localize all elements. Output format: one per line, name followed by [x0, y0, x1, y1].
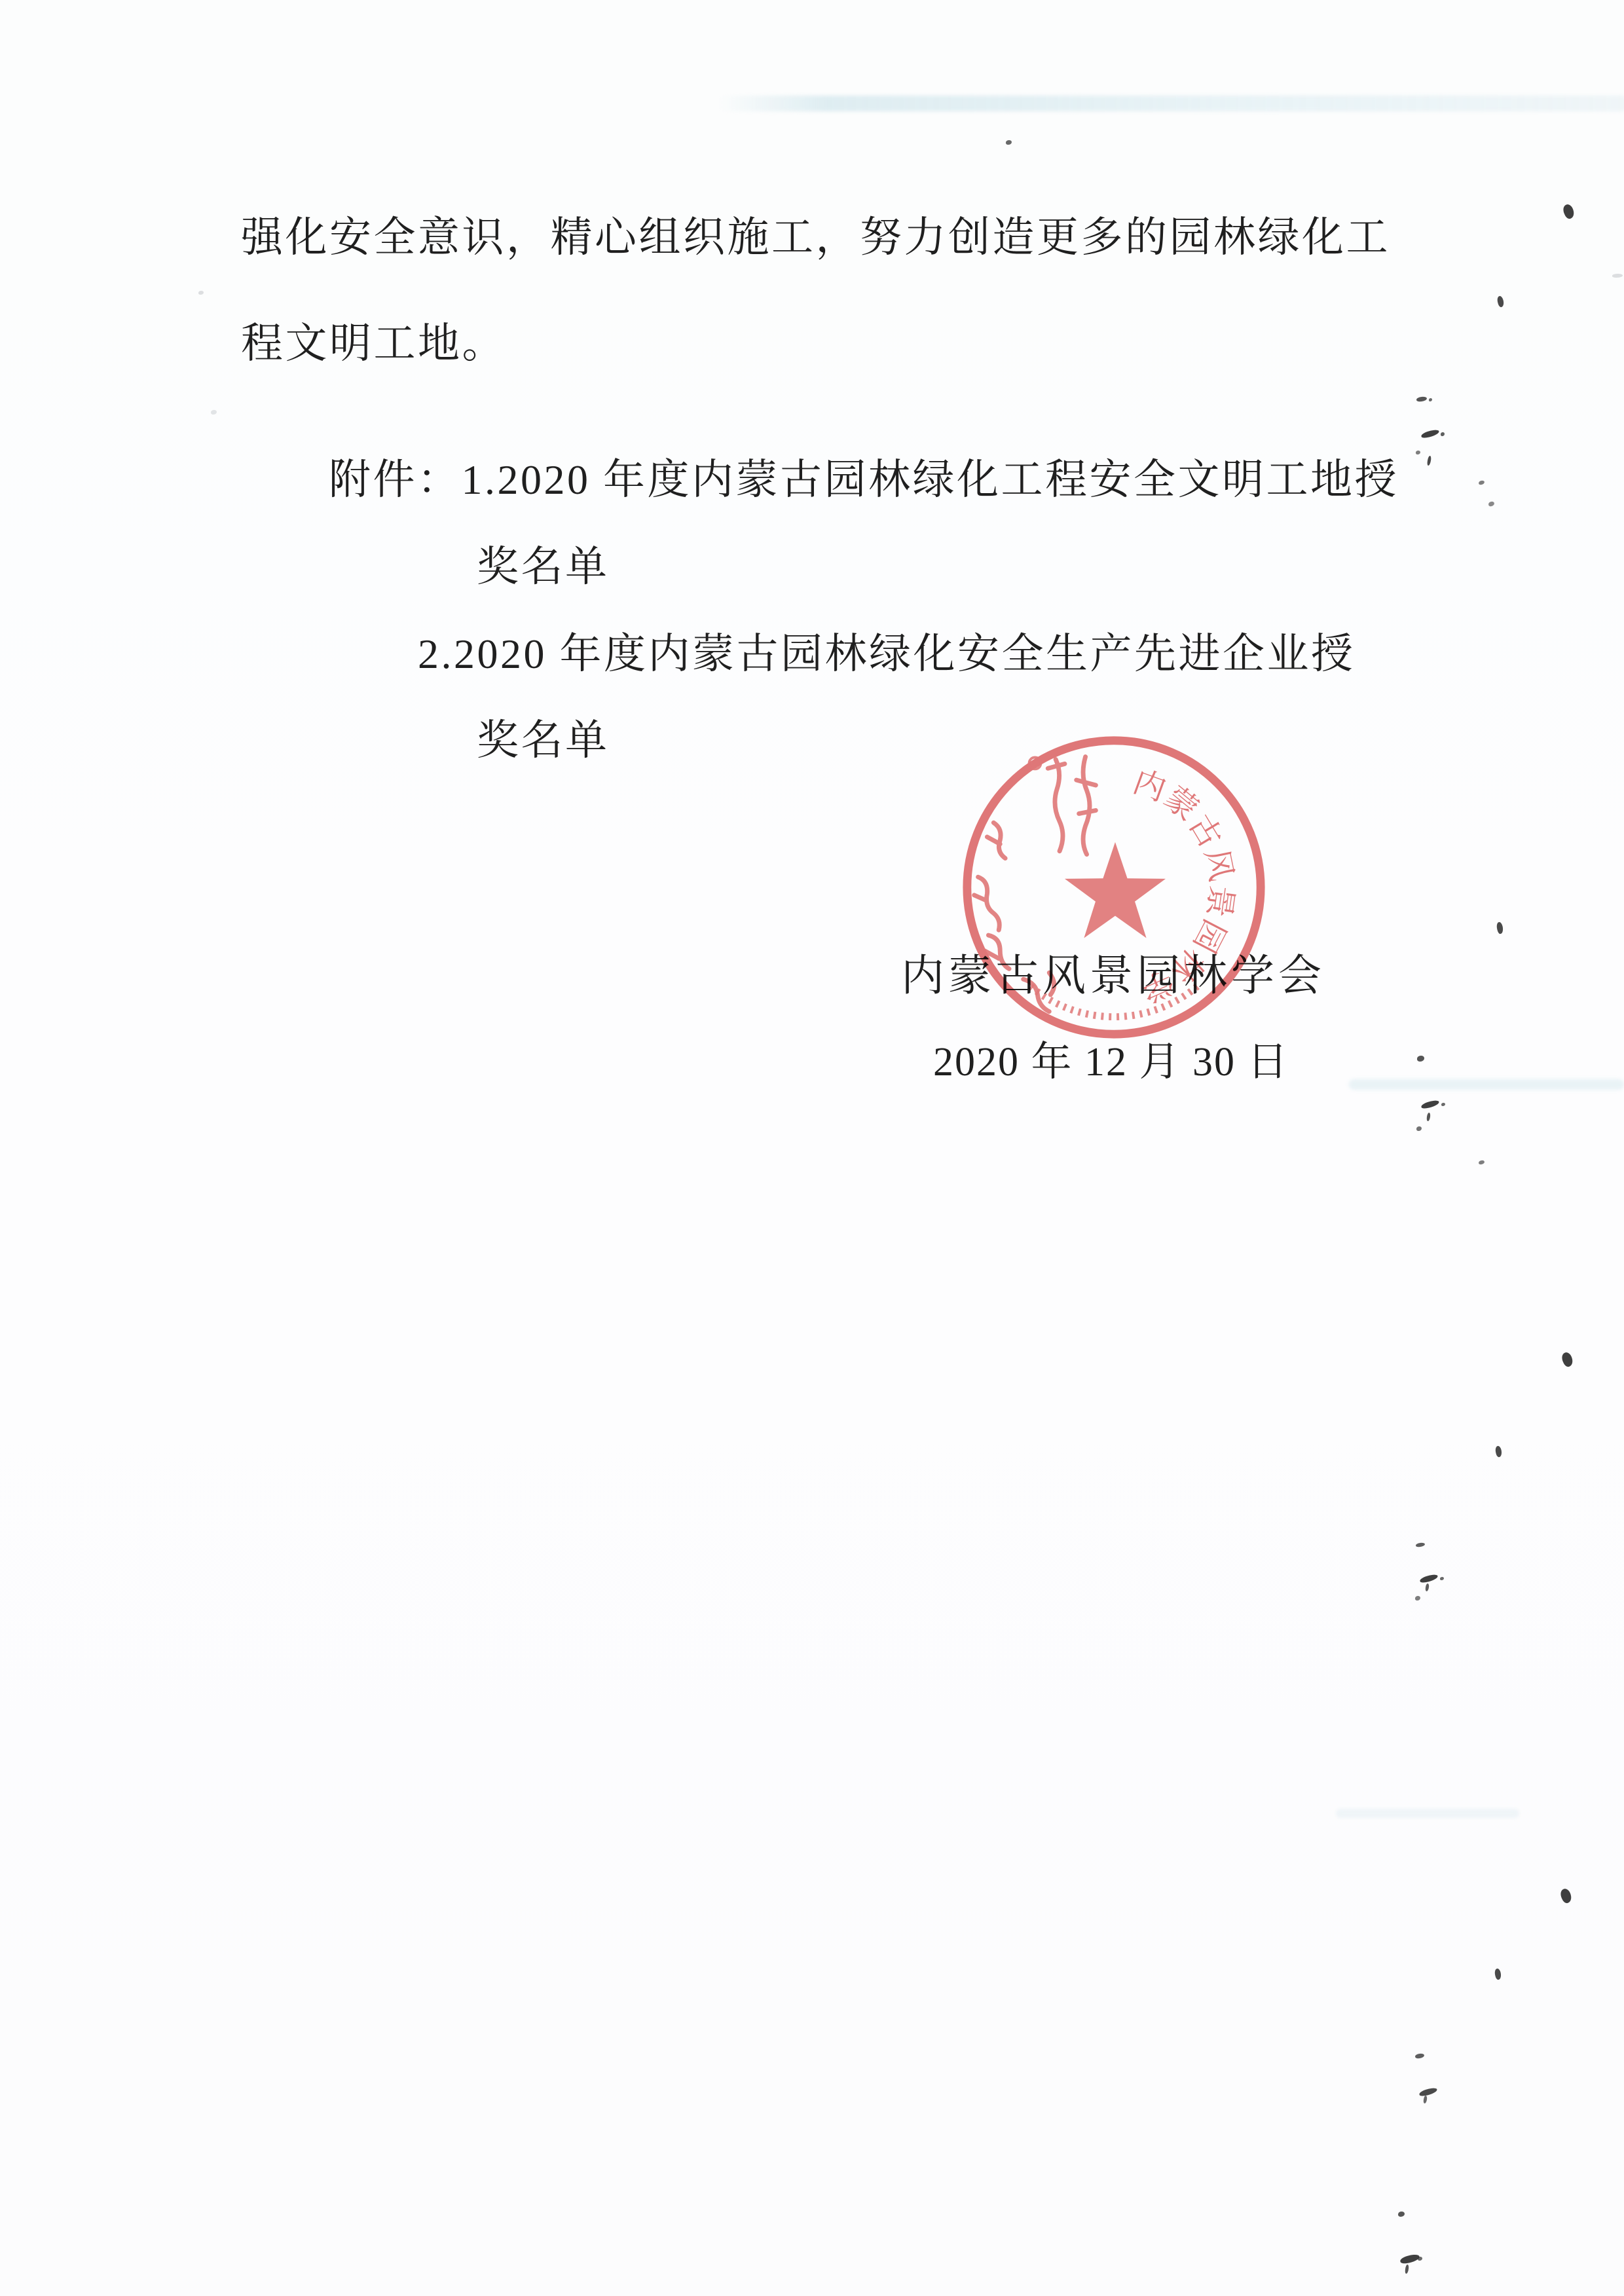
document-page: 强化安全意识，精心组织施工，努力创造更多的园林绿化工 程文明工地。 附件：1.2… [0, 0, 1624, 2296]
scan-speck [1427, 456, 1431, 466]
signature-date: 2020 年 12 月 30 日 [933, 1040, 1289, 1084]
scan-speck [1441, 432, 1445, 436]
scan-band [1336, 1809, 1519, 1818]
scan-speck [1429, 398, 1432, 401]
scan-speck [1496, 295, 1505, 308]
body-line-2: 程文明工地。 [241, 321, 506, 367]
scan-speck [1006, 140, 1012, 145]
star-icon [1065, 842, 1166, 938]
scan-speck [1479, 1160, 1485, 1164]
scan-speck [1560, 1351, 1575, 1368]
scan-speck [1416, 1542, 1426, 1547]
scan-band [717, 96, 1624, 111]
scan-speck [1415, 1596, 1420, 1601]
scan-speck [1488, 501, 1494, 506]
scan-speck [1416, 396, 1428, 401]
scan-speck [1425, 1583, 1429, 1591]
scan-speck [1419, 1574, 1438, 1584]
official-seal-stamp: 内蒙古风景园林学会 [959, 732, 1269, 1043]
scan-band [1349, 1079, 1624, 1090]
attachment-line-1: 附件：1.2020 年度内蒙古园林绿化工程安全文明工地授 [329, 457, 1399, 503]
scan-speck [1417, 1056, 1424, 1062]
scan-speck [1420, 429, 1439, 439]
attachment-line-2: 奖名单 [477, 544, 610, 590]
scan-speck [1440, 1577, 1444, 1580]
scan-speck [1423, 2096, 1427, 2103]
attachment-line-3: 2.2020 年度内蒙古园林绿化安全生产先进企业授 [418, 631, 1356, 677]
scan-speck [1561, 203, 1576, 220]
scan-speck [1479, 480, 1485, 485]
scan-speck [1441, 1103, 1445, 1106]
scan-speck [1398, 2212, 1405, 2217]
scan-speck [1418, 2087, 1437, 2098]
scan-speck [1612, 274, 1623, 278]
scan-speck [1405, 2265, 1409, 2274]
scan-speck [1416, 451, 1420, 454]
scan-speck [1426, 1113, 1430, 1121]
scan-speck [1420, 1100, 1439, 1110]
scan-speck [1415, 2053, 1425, 2058]
scan-speck [198, 291, 204, 295]
body-line-1: 强化安全意识，精心组织施工，努力创造更多的园林绿化工 [241, 215, 1390, 261]
scan-speck [1416, 1126, 1422, 1131]
scan-speck [211, 410, 217, 415]
scan-speck [1494, 1968, 1502, 1980]
scan-speck [1496, 921, 1504, 934]
seal-arc-text: 内蒙古风景园林学会 [959, 732, 1239, 1008]
attachment-line-4: 奖名单 [477, 718, 610, 764]
scan-speck [1418, 2257, 1422, 2261]
scan-speck [1494, 1445, 1502, 1457]
scan-speck [1559, 1887, 1574, 1904]
